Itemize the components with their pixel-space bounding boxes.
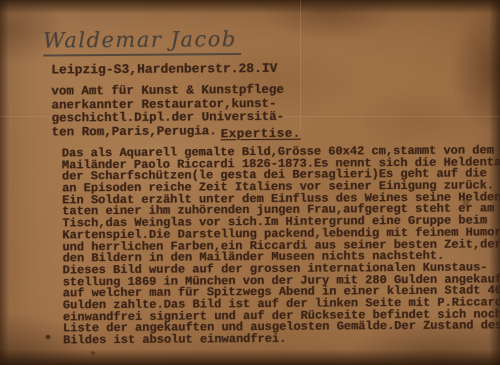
document-body: Das als Aquarell gemalte Bild,Grösse 60x… — [62, 145, 500, 347]
letterhead-name: Waldemar Jacob — [43, 27, 241, 56]
expertise-document: Waldemar Jacob Leipzig-S3,Hardenberstr.2… — [0, 0, 500, 365]
document-photo: Waldemar Jacob Leipzig-S3,Hardenberstr.2… — [0, 0, 500, 365]
letterhead-address: Leipzig-S3,Hardenberstr.28.IV — [51, 61, 277, 78]
body-line: Bildes ist absolut einwandfrei. — [63, 332, 500, 347]
document-title: Expertise. — [221, 127, 301, 142]
